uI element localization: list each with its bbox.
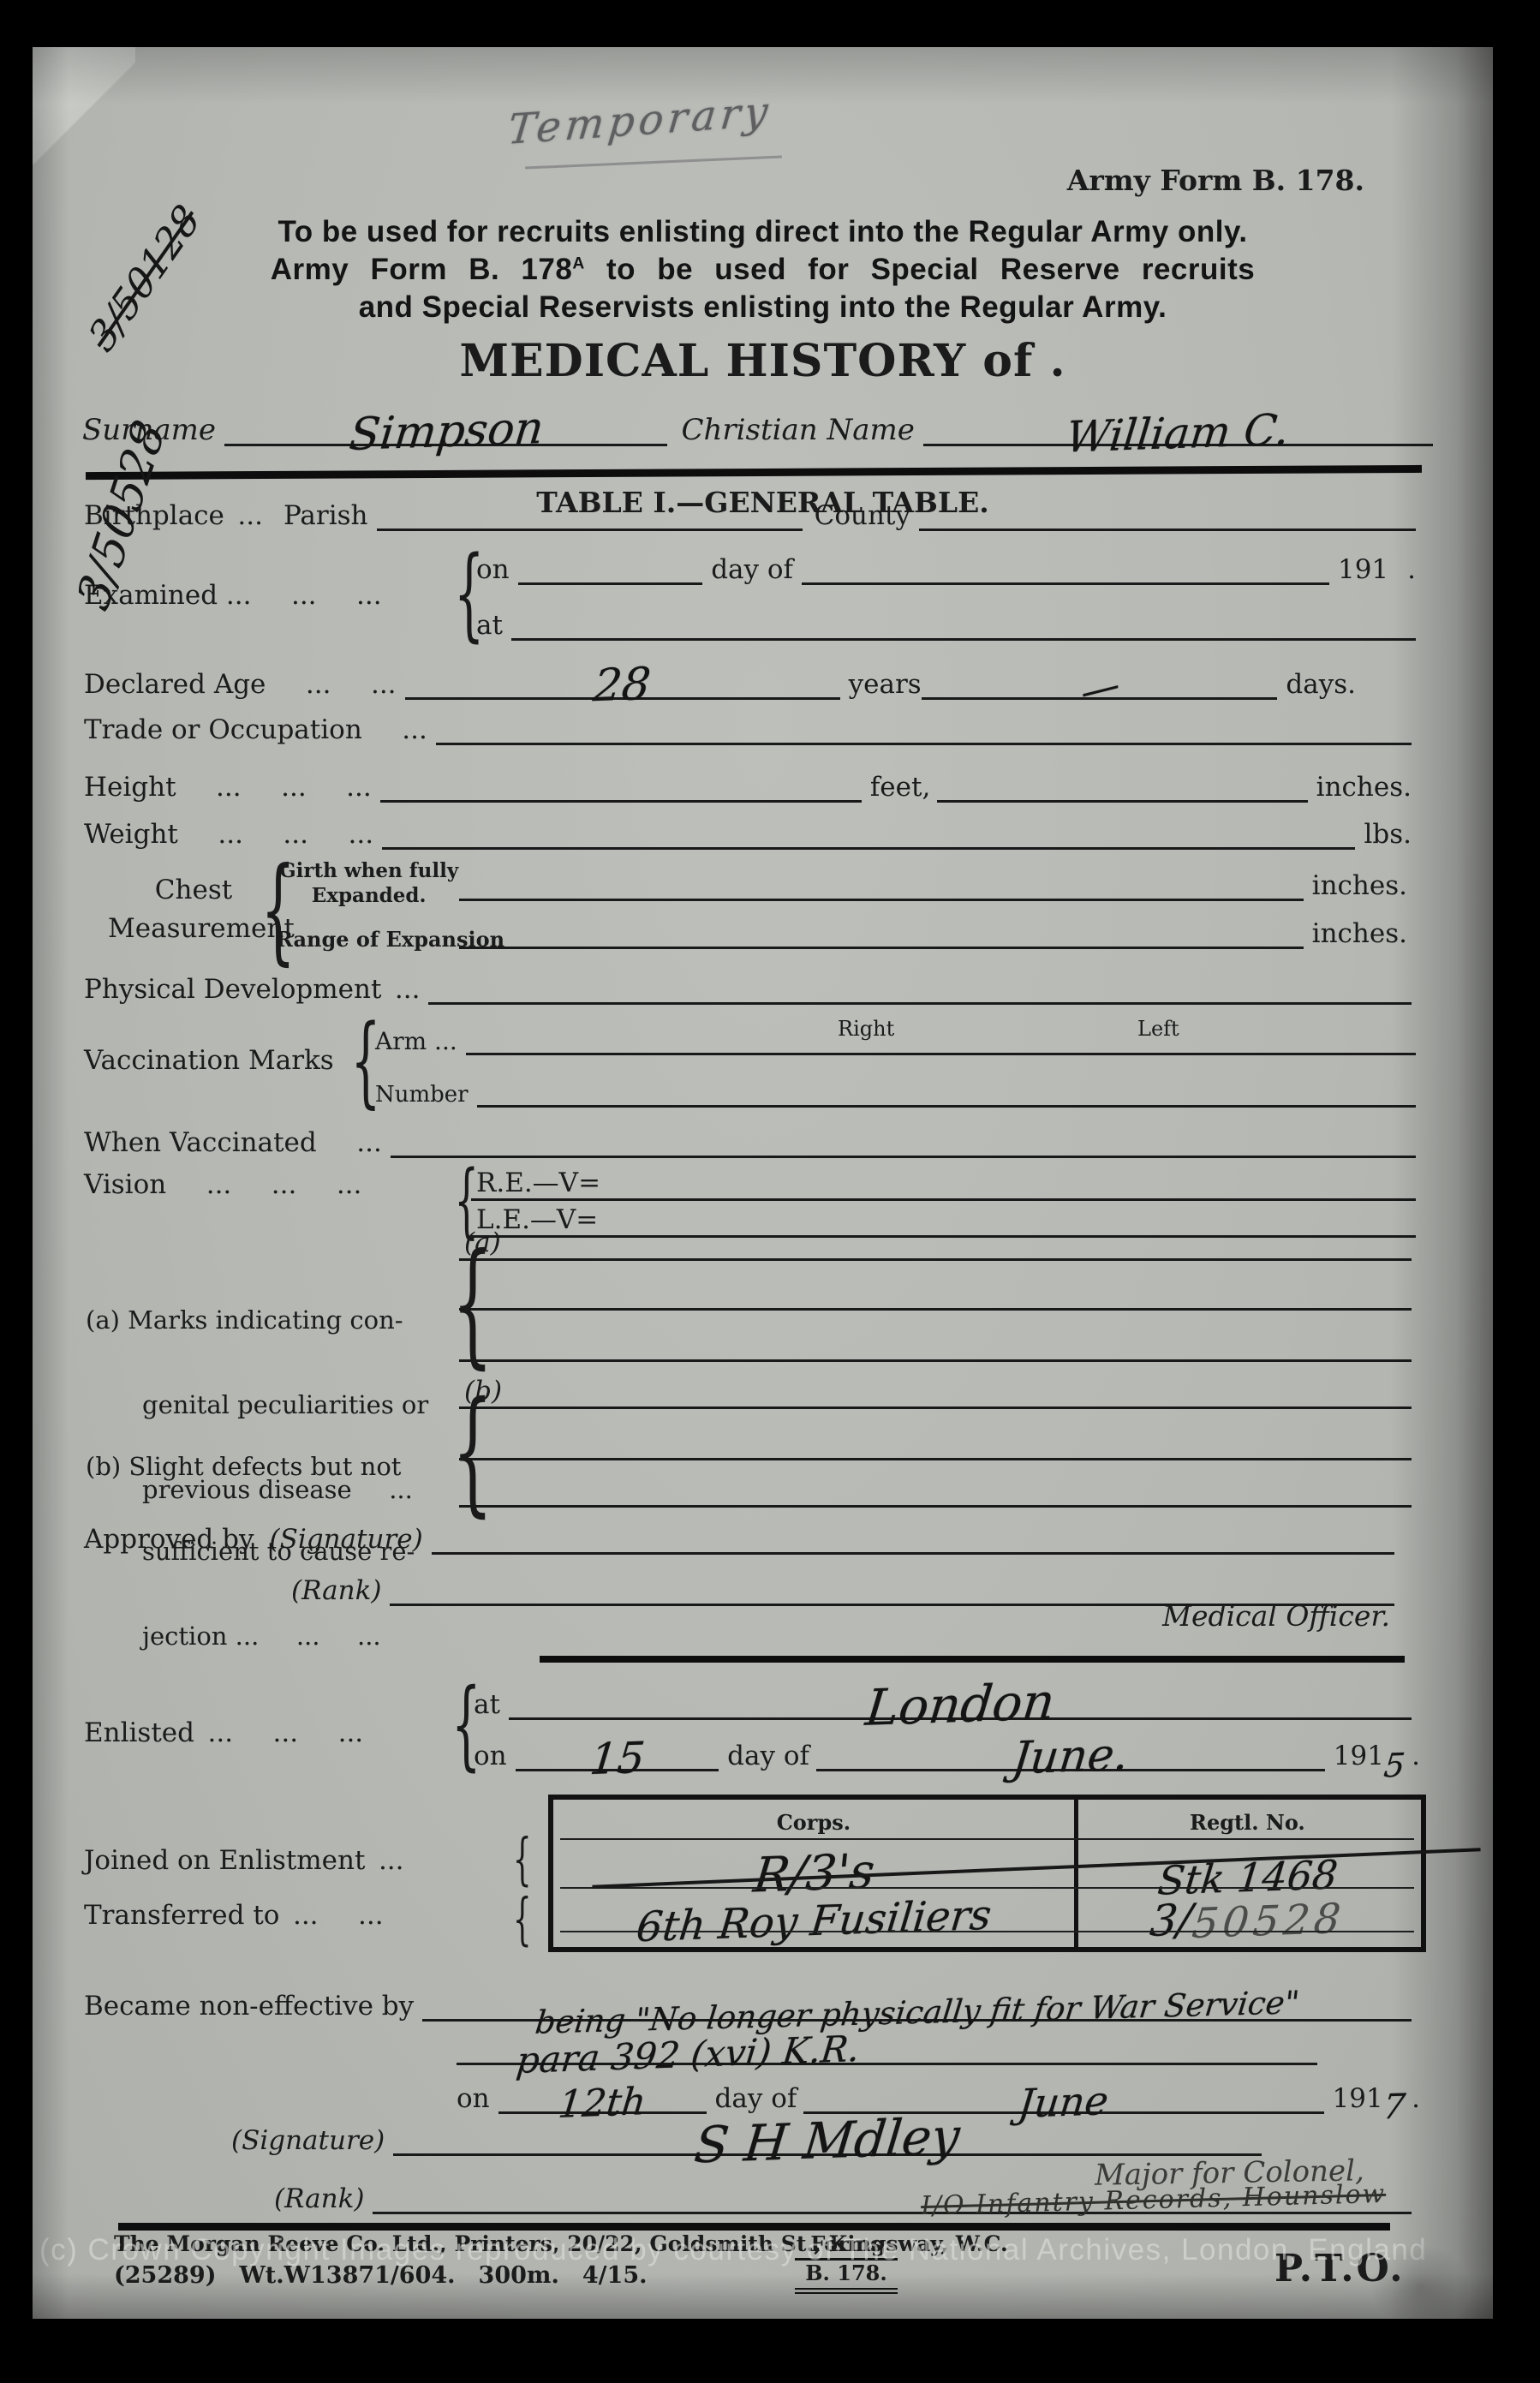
chest-label-1: Chest bbox=[108, 871, 279, 910]
noneffective-row: Became non-effective by being "No longer… bbox=[84, 1984, 1412, 2022]
examined-day-field bbox=[518, 582, 703, 585]
noneffective-row-2: para 392 (xvi) K.R. bbox=[457, 2028, 1317, 2065]
height-inches-field bbox=[937, 800, 1307, 803]
screenshot-root: { "meta": { "pencil_note": "Temporary", … bbox=[0, 0, 1540, 2383]
defects-line-field-2 bbox=[459, 1458, 1412, 1460]
parish-field bbox=[377, 529, 803, 531]
chest-brace: { bbox=[260, 853, 295, 968]
congenital-line-field-2 bbox=[459, 1308, 1412, 1311]
parish-label: Parish bbox=[272, 503, 377, 531]
transferred-corps-cell: 6th Roy Fusiliers bbox=[553, 1887, 1074, 1931]
weight-label: Weight ... ... ... bbox=[84, 821, 382, 850]
defects-brace: { bbox=[452, 1384, 493, 1520]
examined-brace: { bbox=[454, 543, 485, 644]
examined-at-field bbox=[511, 638, 1416, 641]
joined-label: Joined on Enlistment ... bbox=[84, 1845, 404, 1876]
notice-line-2-post: to be used for Special Reserve recruits bbox=[585, 253, 1255, 286]
declared-age-label: Declared Age ... ... bbox=[84, 672, 405, 700]
ne-day-value: 12th bbox=[557, 2087, 648, 2120]
heavy-rule-bottom bbox=[118, 2223, 1390, 2231]
examined-year-dot: . bbox=[1388, 557, 1416, 585]
enlisted-year-dot: . bbox=[1405, 1743, 1420, 1771]
ne-year-label: 191 bbox=[1324, 2086, 1383, 2114]
enlisted-label: Enlisted ... ... ... bbox=[84, 1717, 363, 1748]
regtl-no-header: Regtl. No. bbox=[1074, 1810, 1421, 1835]
trade-field bbox=[436, 743, 1412, 745]
name-row: Surname Simpson Christian Name William C… bbox=[82, 402, 1433, 446]
page-curl bbox=[33, 47, 135, 210]
transferred-regtl-cell: 3/50528 bbox=[1074, 1887, 1421, 1931]
rank-row-2: (Rank) I/O Infantry Records, Hounslow bbox=[274, 2177, 1412, 2214]
age-years-value: 28 bbox=[592, 667, 653, 705]
congenital-line-field-3 bbox=[459, 1359, 1412, 1362]
records-stamp: I/O Infantry Records, Hounslow bbox=[920, 2179, 1386, 2221]
vaccination-number-row: Number bbox=[375, 1070, 1416, 1108]
weight-field bbox=[382, 847, 1355, 850]
notice-line-2: Army Form B. 178A to be used for Special… bbox=[127, 251, 1399, 289]
examined-year-label: 191 bbox=[1329, 557, 1388, 585]
range-row: inches. bbox=[459, 911, 1407, 949]
trade-row: Trade or Occupation ... bbox=[84, 708, 1412, 745]
christian-name-label: Christian Name bbox=[667, 415, 922, 446]
transferred-brace: { bbox=[513, 1891, 532, 1947]
noneffective-label: Became non-effective by bbox=[84, 1993, 422, 2022]
girth-label-2: Expanded. bbox=[279, 884, 458, 909]
birthplace-row: Birthplace ... Parish County bbox=[84, 493, 1416, 531]
form-title: MEDICAL HISTORY of . bbox=[33, 335, 1493, 387]
trade-label: Trade or Occupation ... bbox=[84, 717, 436, 745]
enlistment-table: Corps. Regtl. No. R/3's Stk 1468 6th Roy… bbox=[548, 1795, 1426, 1952]
defects-line-1: (b) Slight defects but not bbox=[86, 1453, 415, 1481]
examined-dayof-label: day of bbox=[702, 557, 802, 585]
enlisted-year-label: 191 bbox=[1325, 1743, 1384, 1771]
heavy-rule-enlisted bbox=[540, 1656, 1405, 1663]
heavy-rule-top bbox=[86, 465, 1422, 480]
enlisted-brace: { bbox=[451, 1676, 481, 1773]
christian-name-value: William C. bbox=[1065, 412, 1291, 454]
copyright-watermark: (c) Crown Copyright Images reproduced by… bbox=[39, 2233, 1427, 2267]
height-inches-label: inches. bbox=[1308, 774, 1412, 803]
years-label: years bbox=[840, 672, 922, 700]
congenital-brace: { bbox=[452, 1236, 493, 1371]
girth-label-1: Girth when fully bbox=[279, 859, 458, 884]
corps-header: Corps. bbox=[553, 1810, 1074, 1835]
enlisted-month-value: June. bbox=[1011, 1738, 1130, 1777]
congenital-field-3 bbox=[459, 1324, 1412, 1362]
notice-line-2-sup: A bbox=[572, 254, 584, 272]
usage-notice: To be used for recruits enlisting direct… bbox=[127, 213, 1399, 326]
ne-day-field: 12th bbox=[498, 2088, 707, 2114]
noneffective-reason-2: para 392 (xvi) K.R. bbox=[515, 2034, 861, 2075]
enlisted-month-field: June. bbox=[816, 1740, 1325, 1771]
congenital-line-field-1: (a) bbox=[459, 1258, 1412, 1261]
signature-row: (Signature) S H Mdley bbox=[231, 2118, 1262, 2156]
county-label: County bbox=[803, 503, 919, 531]
rank-field-2: I/O Infantry Records, Hounslow bbox=[373, 2185, 1412, 2214]
pencil-note: Temporary bbox=[505, 87, 774, 154]
vision-re-row: R.E.—V= bbox=[471, 1163, 1416, 1201]
enlisted-day-field: 15 bbox=[516, 1741, 719, 1771]
range-field bbox=[459, 947, 1304, 949]
enlisted-at-row: at London bbox=[474, 1682, 1412, 1720]
when-vaccinated-row: When Vaccinated ... bbox=[84, 1120, 1416, 1158]
ink-smudge bbox=[1352, 2227, 1489, 2319]
examined-at-row: at bbox=[476, 603, 1416, 641]
lbs-label: lbs. bbox=[1355, 821, 1412, 850]
girth-row: inches. bbox=[459, 863, 1407, 901]
signature-label: (Signature) bbox=[231, 2128, 393, 2156]
county-field bbox=[919, 529, 1416, 531]
examined-label: Examined ... ... ... bbox=[84, 580, 382, 611]
defects-line-3: jection ... ... ... bbox=[86, 1622, 415, 1651]
enlisted-at-value: London bbox=[863, 1681, 1056, 1728]
ne-year-suffix: 7 bbox=[1382, 2093, 1406, 2121]
congenital-line-1: (a) Marks indicating con- bbox=[86, 1306, 428, 1335]
vaccination-brace: { bbox=[351, 1011, 381, 1110]
number-label: Number bbox=[375, 1084, 477, 1108]
examined-month-field bbox=[802, 582, 1329, 585]
when-vaccinated-field bbox=[391, 1156, 1416, 1158]
form-reference: Army Form B. 178. bbox=[1067, 164, 1364, 197]
notice-line-1: To be used for recruits enlisting direct… bbox=[127, 213, 1399, 251]
approved-signature-label: (Signature) bbox=[262, 1526, 431, 1555]
transferred-regtl-digits: 50528 bbox=[1191, 1902, 1346, 1940]
enlisted-year-suffix: 5 bbox=[1382, 1752, 1406, 1778]
approved-signature-field bbox=[432, 1552, 1394, 1555]
examined-on-row: on day of 191 . bbox=[476, 547, 1416, 585]
number-field bbox=[477, 1105, 1416, 1108]
rank-label-2: (Rank) bbox=[274, 2186, 373, 2214]
noneffective-field-2: para 392 (xvi) K.R. bbox=[457, 2040, 1317, 2065]
defects-field-2 bbox=[459, 1423, 1412, 1460]
days-label: days. bbox=[1277, 672, 1356, 700]
enlisted-day-value: 15 bbox=[588, 1741, 646, 1777]
girth-inches-label: inches. bbox=[1304, 873, 1407, 901]
notice-line-2-pre: Army Form B. 178 bbox=[271, 253, 573, 286]
signature-field: S H Mdley bbox=[393, 2121, 1262, 2156]
enlisted-at-field: London bbox=[509, 1685, 1412, 1720]
enlisted-on-row: on 15 day of June. 191 5 . bbox=[474, 1734, 1420, 1771]
physical-label: Physical Development ... bbox=[84, 976, 428, 1005]
defects-line-field-1: (b) bbox=[459, 1407, 1412, 1409]
signature-value: S H Mdley bbox=[693, 2116, 962, 2165]
table-line-3 bbox=[560, 1931, 1414, 1932]
joined-corps-cell: R/3's bbox=[553, 1838, 1074, 1887]
approved-label: Approved by bbox=[84, 1526, 262, 1555]
ne-dayof-label: day of bbox=[707, 2086, 804, 2114]
pencil-underline bbox=[525, 155, 782, 169]
scanned-form-page: Temporary 3/50128 3/50528 Army Form B. 1… bbox=[33, 47, 1493, 2319]
declared-age-row: Declared Age ... ... 28 years — days. bbox=[84, 662, 1356, 700]
defects-line-field-3 bbox=[459, 1505, 1412, 1508]
defects-field-1: (b) bbox=[459, 1371, 1412, 1409]
physical-field bbox=[428, 1002, 1412, 1005]
vision-re-label: R.E.—V= bbox=[476, 1170, 600, 1197]
girth-label: Girth when fully Expanded. bbox=[279, 859, 458, 909]
height-feet-field bbox=[380, 800, 862, 803]
noneffective-field-1: being "No longer physically fit for War … bbox=[422, 2000, 1412, 2022]
height-label: Height ... ... ... bbox=[84, 774, 380, 803]
vaccination-label: Vaccination Marks bbox=[84, 1045, 334, 1076]
age-years-field: 28 bbox=[405, 668, 840, 700]
rank-label: (Rank) bbox=[291, 1578, 390, 1606]
age-days-field: — bbox=[922, 672, 1278, 700]
ne-year-dot: . bbox=[1405, 2086, 1420, 2114]
defects-field-3 bbox=[459, 1470, 1412, 1508]
transferred-corps-value: 6th Roy Fusiliers bbox=[635, 1898, 993, 1944]
height-row: Height ... ... ... feet, inches. bbox=[84, 765, 1412, 803]
age-days-value: — bbox=[1077, 668, 1123, 708]
christian-name-field: William C. bbox=[923, 416, 1433, 446]
congenital-field-1: (a) bbox=[459, 1223, 1412, 1261]
surname-field: Simpson bbox=[224, 415, 668, 446]
feet-label: feet, bbox=[862, 774, 937, 803]
notice-line-3: and Special Reservists enlisting into th… bbox=[127, 289, 1399, 326]
transferred-regtl-prefix: 3/ bbox=[1149, 1902, 1194, 1938]
medical-officer-label: Medical Officer. bbox=[1162, 1599, 1390, 1633]
enlisted-dayof-label: day of bbox=[719, 1743, 816, 1771]
when-vaccinated-label: When Vaccinated ... bbox=[84, 1130, 391, 1158]
transferred-label: Transferred to ... ... bbox=[84, 1900, 384, 1931]
arm-label: Arm ... bbox=[375, 1030, 466, 1055]
joined-brace: { bbox=[513, 1831, 532, 1887]
congenital-field-2 bbox=[459, 1273, 1412, 1311]
ne-on-label: on bbox=[457, 2086, 498, 2114]
arm-field bbox=[466, 1053, 1416, 1055]
girth-field bbox=[459, 899, 1304, 901]
range-inches-label: inches. bbox=[1304, 921, 1407, 949]
vaccination-arm-row: Arm ... bbox=[375, 1018, 1416, 1055]
approved-row: Approved by (Signature) bbox=[84, 1517, 1394, 1555]
vision-label: Vision ... ... ... bbox=[84, 1169, 361, 1200]
surname-value: Simpson bbox=[347, 411, 545, 454]
ne-month-value: June bbox=[1018, 2085, 1111, 2120]
